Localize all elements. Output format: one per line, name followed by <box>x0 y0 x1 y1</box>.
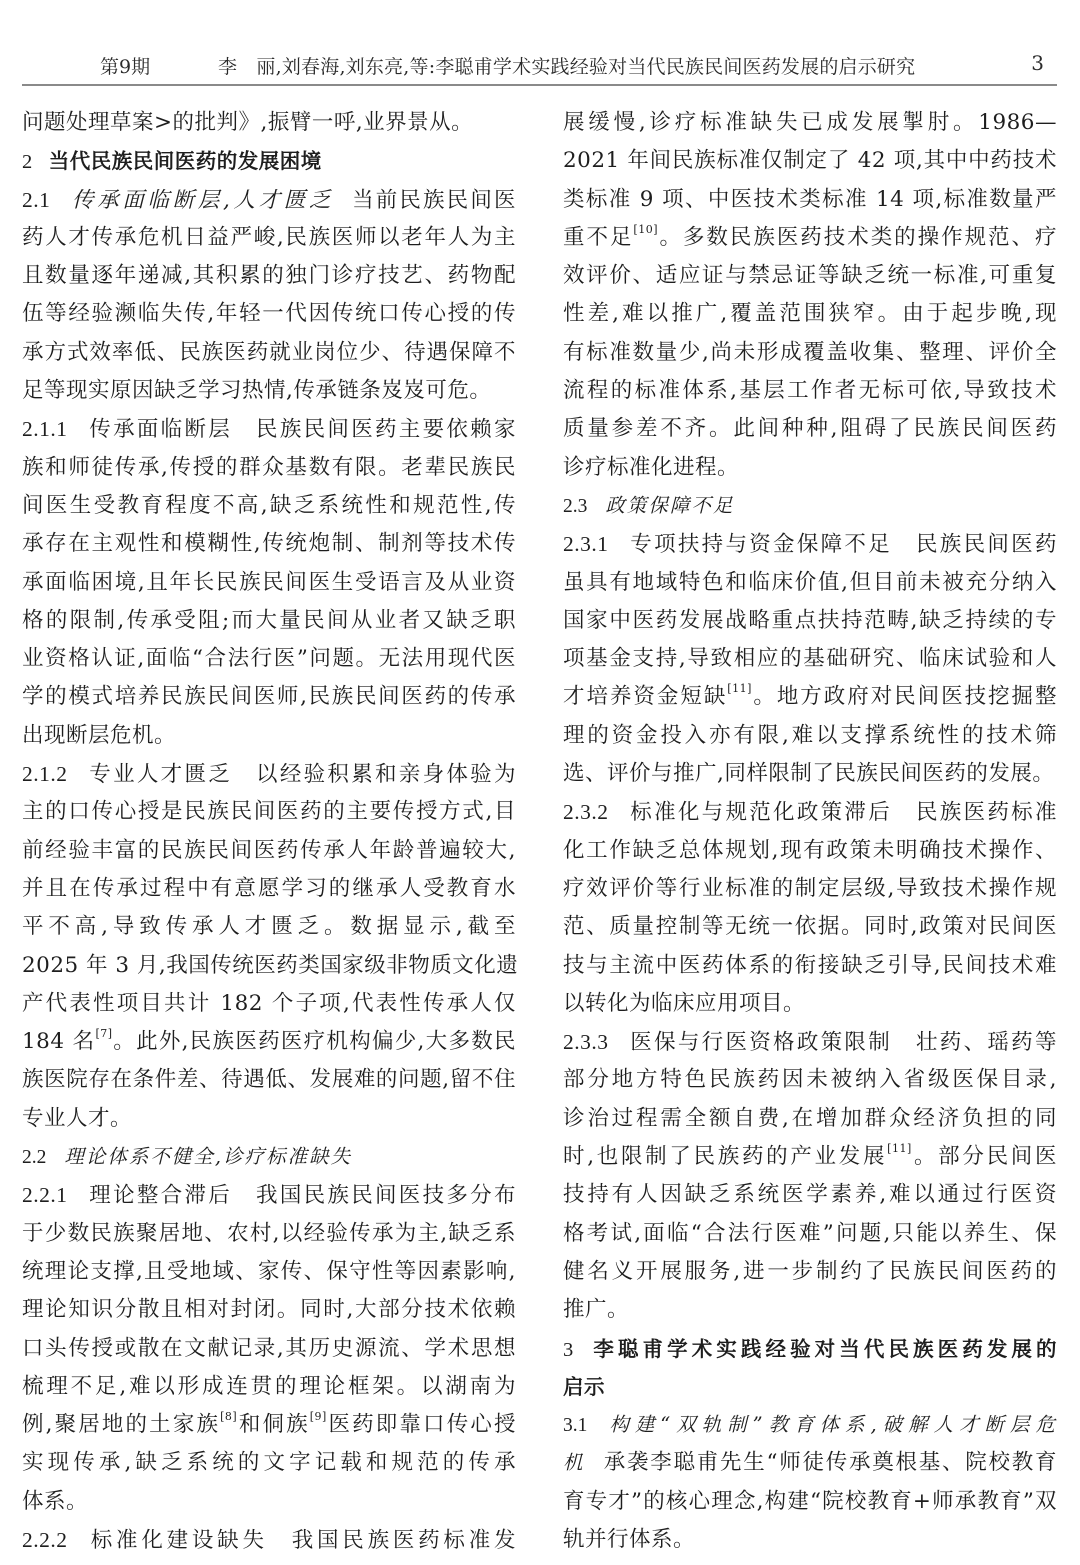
body-line: 虽具有地域特色和临床价值,但目前未被充分纳入 <box>563 564 1057 602</box>
citation-ref-10[interactable]: [10] <box>633 223 658 236</box>
text-run: 我国民族医药标准发 <box>292 1528 516 1553</box>
body-line: 疗效评价等行业标准的制定层级,导致技术操作规 <box>563 870 1057 908</box>
body-line: 国家中医药发展战略重点扶持范畴,缺乏持续的专 <box>563 602 1057 640</box>
body-line: 化工作缺乏总体规划,现有政策未明确技术操作、 <box>563 832 1057 870</box>
text-run: 时,也限制了民族药的产业发展 <box>563 1144 887 1169</box>
body-line: 2025 年 3 月,我国传统医药类国家级非物质文化遗 <box>22 947 516 985</box>
subsection-3-1-first-line: 机承袭李聪甫先生“师徒传承奠根基、院校教育 <box>563 1444 1057 1482</box>
body-line: 诊治过程需全额自费,在增加群众经济负担的同 <box>563 1100 1057 1138</box>
body-line: 承面临困境,且年长民族民间医生受语言及从业资 <box>22 564 516 602</box>
body-line: 流程的标准体系,基层工作者无标可依,导致技术 <box>563 372 1057 410</box>
section-title: 李聪甫学术实践经验对当代民族医药发展的 <box>590 1337 1057 1361</box>
body-line: 质量参差不齐。此间种种,阻碍了民族民间医药 <box>563 410 1057 448</box>
body-line-with-citation: 184 名[7]。此外,民族医药医疗机构偏少,大多数民 <box>22 1023 516 1061</box>
text-run: 医药即靠口传心授 <box>327 1412 516 1437</box>
subsection-2-1-2-first-line: 2.1.2专业人才匮乏以经验积累和亲身体验为 <box>22 755 516 793</box>
citation-ref-9[interactable]: [9] <box>310 1410 327 1423</box>
body-line: 族和师徒传承,传授的群众基数有限。老辈民族民 <box>22 449 516 487</box>
subsection-number: 2.1 <box>22 181 50 219</box>
subsection-title: 理论整合滞后 <box>88 1183 233 1208</box>
text-run: 。部分民间医 <box>912 1144 1057 1169</box>
body-line: 健名义开展服务,进一步制约了民族民间医药的 <box>563 1253 1057 1291</box>
body-line: 足等现实原因缺乏学习热情,传承链条岌岌可危。 <box>22 372 516 410</box>
text-run: 和侗族 <box>237 1412 310 1437</box>
page-number: 3 <box>1031 51 1044 75</box>
body-line: 以转化为临床应用项目。 <box>563 985 1057 1023</box>
subsection-heading-2-2: 2.2理论体系不健全,诊疗标准缺失 <box>22 1138 516 1176</box>
body-line: 选、评价与推广,同样限制了民族民间医药的发展。 <box>563 755 1057 793</box>
body-line-with-citation: 才培养资金短缺[11]。地方政府对民间医技挖掘整 <box>563 678 1057 716</box>
running-header: 第9期 李 丽,刘春海,刘东亮,等:李聪甫学术实践经验对当代民族民间医药发展的启… <box>22 44 1057 86</box>
body-line: 性差,难以推广,覆盖范围狭窄。由于起步晚,现 <box>563 295 1057 333</box>
subsection-title: 标准化与规范化政策滞后 <box>629 800 893 825</box>
body-line: 技持有人因缺乏系统医学素养,难以通过行医资 <box>563 1176 1057 1214</box>
subsection-2-1-1-first-line: 2.1.1传承面临断层民族民间医药主要依赖家 <box>22 410 516 448</box>
subsection-title: 医保与行医资格政策限制 <box>629 1030 893 1055</box>
body-line: 诊疗标准化进程。 <box>563 449 1057 487</box>
subsection-title: 传承面临断层,人才匮乏 <box>70 188 334 213</box>
body-line: 业资格认证,面临“合法行医”问题。无法用现代医 <box>22 640 516 678</box>
left-column: 问题处理草案>的批判》,振臂一呼,业界景从。 2当代民族民间医药的发展困境 2.… <box>22 104 516 1559</box>
subsection-2-3-2-first-line: 2.3.2标准化与规范化政策滞后民族医药标准 <box>563 793 1057 831</box>
subsection-number: 2.3.3 <box>563 1023 609 1061</box>
body-line: 范、质量控制等无统一依据。同时,政策对民间医 <box>563 908 1057 946</box>
body-line: 承存在主观性和模糊性,传统炮制、制剂等技术传 <box>22 525 516 563</box>
body-line: 伍等经验濒临失传,年轻一代因传统口传心授的传 <box>22 295 516 333</box>
subsection-heading-2-3: 2.3政策保障不足 <box>563 487 1057 525</box>
citation-ref-11[interactable]: [11] <box>727 682 752 695</box>
body-line: 间医生受教育程度不高,缺乏系统性和规范性,传 <box>22 487 516 525</box>
paragraph-continuation: 问题处理草案>的批判》,振臂一呼,业界景从。 <box>22 104 516 142</box>
subsection-2-1-first-line: 2.1传承面临断层,人才匮乏当前民族民间医 <box>22 181 516 219</box>
body-line: 学的模式培养民族民间医师,民族民间医药的传承 <box>22 678 516 716</box>
body-line: 有标准数量少,尚未形成覆盖收集、整理、评价全 <box>563 334 1057 372</box>
subsection-title: 理论体系不健全,诊疗标准缺失 <box>64 1145 352 1168</box>
issue-number: 第9期 <box>100 52 150 79</box>
text-run: 承袭李聪甫先生“师徒传承奠根基、院校教育 <box>604 1450 1057 1475</box>
text-run: 。多数民族医药技术类的操作规范、疗 <box>658 225 1057 250</box>
body-line: 出现断层危机。 <box>22 717 516 755</box>
section-number: 2 <box>22 143 33 181</box>
text-run: 当前民族民间医 <box>352 188 516 213</box>
body-line: 平不高,导致传承人才匮乏。数据显示,截至 <box>22 908 516 946</box>
body-line: 效评价、适应证与禁忌证等缺乏统一标准,可重复 <box>563 257 1057 295</box>
section-title: 当代民族民间医药的发展困境 <box>49 149 322 173</box>
subsection-number: 2.2.2 <box>22 1521 68 1559</box>
subsection-number: 2.1.1 <box>22 410 68 448</box>
subsection-2-2-2-first-line: 2.2.2标准化建设缺失我国民族医药标准发 <box>22 1521 516 1559</box>
body-line: 于少数民族聚居地、农村,以经验传承为主,缺乏系 <box>22 1215 516 1253</box>
citation-ref-7[interactable]: [7] <box>95 1027 112 1040</box>
body-line: 并且在传承过程中有意愿学习的继承人受教育水 <box>22 870 516 908</box>
subsection-number: 2.3 <box>563 488 587 526</box>
text-run: 例,聚居地的土家族 <box>22 1412 220 1437</box>
body-line: 轨并行体系。 <box>563 1521 1057 1559</box>
subsection-number: 2.3.1 <box>563 525 609 563</box>
body-line: 体系。 <box>22 1483 516 1521</box>
section-heading-3: 3李聪甫学术实践经验对当代民族医药发展的 <box>563 1330 1057 1368</box>
subsection-title: 政策保障不足 <box>605 494 734 517</box>
body-line: 药人才传承危机日益严峻,民族医师以老年人为主 <box>22 219 516 257</box>
subsection-heading-3-1: 3.1构建“双轨制”教育体系,破解人才断层危 <box>563 1406 1057 1444</box>
body-line: 族医院存在条件差、待遇低、发展难的问题,留不住 <box>22 1061 516 1099</box>
body-line: 实现传承,缺乏系统的文字记载和规范的传承 <box>22 1444 516 1482</box>
text-run: 民族医药标准 <box>916 800 1057 825</box>
subsection-number: 2.3.2 <box>563 793 609 831</box>
subsection-title: 专项扶持与资金保障不足 <box>629 532 893 557</box>
subsection-number: 2.2 <box>22 1139 46 1177</box>
body-line: 育专才”的核心理念,构建“院校教育+师承教育”双 <box>563 1483 1057 1521</box>
body-line: 推广。 <box>563 1291 1057 1329</box>
citation-ref-8[interactable]: [8] <box>220 1410 237 1423</box>
body-line: 主的口传心授是民族民间医药的主要传授方式,目 <box>22 793 516 831</box>
text-run: 184 名 <box>22 1029 95 1054</box>
body-line: 类标准 9 项、中医技术类标准 14 项,标准数量严 <box>563 181 1057 219</box>
subsection-title: 构建“双轨制”教育体系,破解人才断层危 <box>605 1413 1057 1436</box>
body-line: 项基金支持,导致相应的基础研究、临床试验和人 <box>563 640 1057 678</box>
body-line-with-citation: 重不足[10]。多数民族医药技术类的操作规范、疗 <box>563 219 1057 257</box>
section-heading-3-cont: 启示 <box>563 1368 1057 1406</box>
body-line: 理的资金投入亦有限,难以支撑系统性的技术筛 <box>563 717 1057 755</box>
body-line: 且数量逐年递减,其积累的独门诊疗技艺、药物配 <box>22 257 516 295</box>
subsection-2-3-3-first-line: 2.3.3医保与行医资格政策限制壮药、瑶药等 <box>563 1023 1057 1061</box>
running-title: 李 丽,刘春海,刘东亮,等:李聪甫学术实践经验对当代民族民间医药发展的启示研究 <box>218 52 915 79</box>
subsection-2-2-1-first-line: 2.2.1理论整合滞后我国民族民间医技多分布 <box>22 1176 516 1214</box>
text-run: 才培养资金短缺 <box>563 684 727 709</box>
body-line-with-citations: 例,聚居地的土家族[8]和侗族[9]医药即靠口传心授 <box>22 1406 516 1444</box>
body-line: 理论知识分散且相对封闭。同时,大部分技术依赖 <box>22 1291 516 1329</box>
subsection-title-cont: 机 <box>563 1451 586 1474</box>
body-line: 梳理不足,难以形成连贯的理论框架。以湖南为 <box>22 1368 516 1406</box>
section-heading-2: 2当代民族民间医药的发展困境 <box>22 142 516 180</box>
citation-ref-11[interactable]: [11] <box>887 1142 912 1155</box>
body-line: 部分地方特色民族药因未被纳入省级医保目录, <box>563 1061 1057 1099</box>
body-line: 产代表性项目共计 182 个子项,代表性传承人仅 <box>22 985 516 1023</box>
text-run: 我国民族民间医技多分布 <box>256 1183 516 1208</box>
text-run: 重不足 <box>563 225 633 250</box>
subsection-number: 2.1.2 <box>22 755 68 793</box>
body-line: 展缓慢,诊疗标准缺失已成发展掣肘。1986— <box>563 104 1057 142</box>
body-line: 口头传授或散在文献记录,其历史源流、学术思想 <box>22 1330 516 1368</box>
text-run: 。地方政府对民间医技挖掘整 <box>752 684 1057 709</box>
body-line: 格的限制,传承受阻;而大量民间从业者又缺乏职 <box>22 602 516 640</box>
text-run: 民族民间医药主要依赖家 <box>256 417 516 442</box>
body-line: 技与主流中医药体系的衔接缺乏引导,民间技术难 <box>563 947 1057 985</box>
body-line: 2021 年间民族标准仅制定了 42 项,其中中药技术 <box>563 142 1057 180</box>
subsection-2-3-1-first-line: 2.3.1专项扶持与资金保障不足民族民间医药 <box>563 525 1057 563</box>
subsection-title: 专业人才匮乏 <box>88 762 233 787</box>
section-number: 3 <box>563 1331 574 1369</box>
text-run: 以经验积累和亲身体验为 <box>256 762 516 787</box>
subsection-title: 传承面临断层 <box>88 417 233 442</box>
subsection-title: 标准化建设缺失 <box>88 1528 268 1553</box>
subsection-number: 2.2.1 <box>22 1176 68 1214</box>
right-column: 展缓慢,诊疗标准缺失已成发展掣肘。1986— 2021 年间民族标准仅制定了 4… <box>563 104 1057 1559</box>
body-line-with-citation: 时,也限制了民族药的产业发展[11]。部分民间医 <box>563 1138 1057 1176</box>
body-line: 承方式效率低、民族医药就业岗位少、待遇保障不 <box>22 334 516 372</box>
body-line: 格考试,面临“合法行医难”问题,只能以养生、保 <box>563 1215 1057 1253</box>
body-line: 专业人才。 <box>22 1100 516 1138</box>
text-run: 。此外,民族医药医疗机构偏少,大多数民 <box>113 1029 516 1054</box>
text-run: 壮药、瑶药等 <box>916 1030 1057 1055</box>
text-run: 民族民间医药 <box>916 532 1057 557</box>
body-line: 统理论支撑,且受地域、家传、保守性等因素影响, <box>22 1253 516 1291</box>
body-line: 前经验丰富的民族民间医药传承人年龄普遍较大, <box>22 832 516 870</box>
subsection-number: 3.1 <box>563 1407 587 1445</box>
